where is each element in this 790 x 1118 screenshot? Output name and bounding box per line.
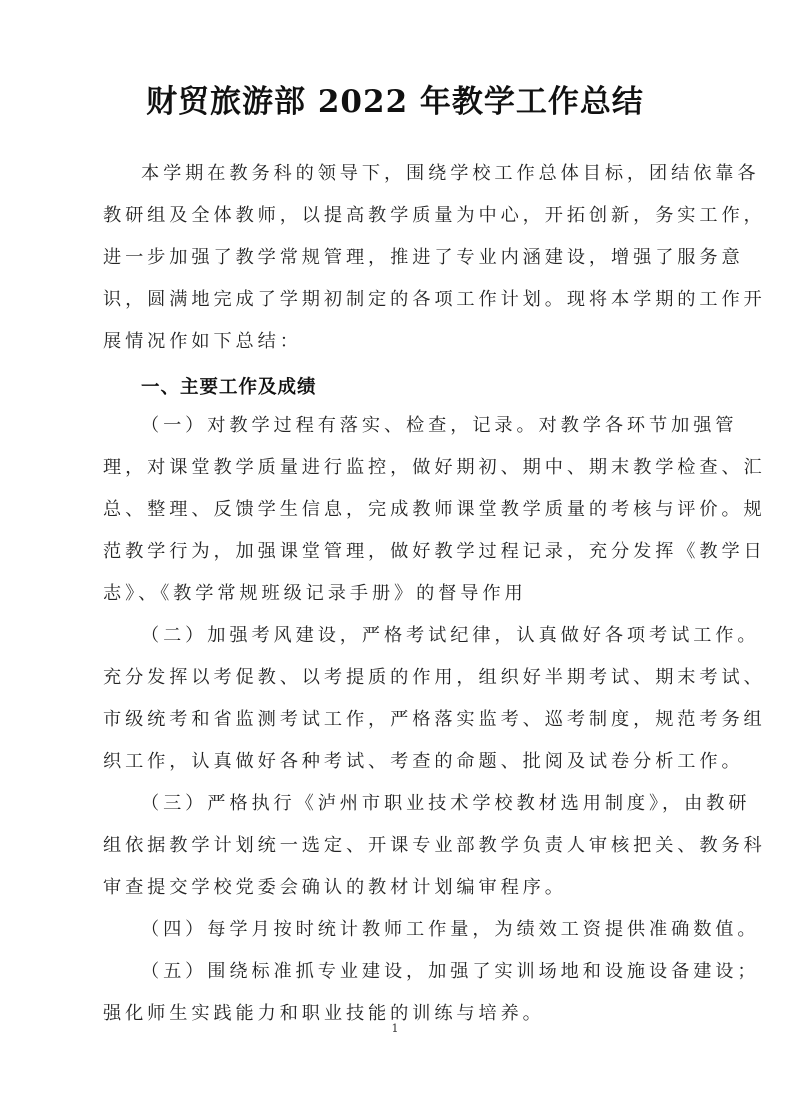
text-line: 充分发挥以考促教、以考提质的作用，组织好半期考试、期末考试、: [103, 667, 683, 689]
text-line: 总、整理、反馈学生信息，完成教师课堂教学质量的考核与评价。规: [103, 499, 683, 521]
text-line: 志》、《教学常规班级记录手册》的督导作用: [103, 583, 683, 605]
text-line: （四）每学月按时统计教师工作量，为绩效工资提供准确数值。: [141, 919, 721, 941]
text-line: （三）严格执行《泸州市职业技术学校教材选用制度》，由教研: [141, 793, 721, 815]
text-line: 进一步加强了教学常规管理，推进了专业内涵建设，增强了服务意: [103, 247, 683, 269]
text-line: 识，圆满地完成了学期初制定的各项工作计划。现将本学期的工作开: [103, 289, 683, 311]
text-line: 市级统考和省监测考试工作，严格落实监考、巡考制度，规范考务组: [103, 709, 683, 731]
text-line: （一）对教学过程有落实、检查，记录。对教学各环节加强管: [141, 415, 721, 437]
text-line: （五）围绕标准抓专业建设，加强了实训场地和设施设备建设；: [141, 961, 721, 983]
text-line: 理，对课堂教学质量进行监控，做好期初、期中、期末教学检查、汇: [103, 457, 683, 479]
section-heading: 一、主要工作及成绩: [141, 373, 317, 399]
text-line: 织工作，认真做好各种考试、考查的命题、批阅及试卷分析工作。: [103, 751, 683, 773]
page-number: 1: [0, 1022, 790, 1035]
text-line: 范教学行为，加强课堂管理，做好教学过程记录，充分发挥《教学日: [103, 541, 683, 563]
text-line: （二）加强考风建设，严格考试纪律，认真做好各项考试工作。: [141, 625, 721, 647]
document-page: 财贸旅游部 2022 年教学工作总结 本学期在教务科的领导下，围绕学校工作总体目…: [0, 0, 790, 1118]
text-line: 组依据教学计划统一选定、开课专业部教学负责人审核把关、教务科: [103, 835, 683, 857]
text-line: 教研组及全体教师，以提高教学质量为中心，开拓创新，务实工作，: [103, 205, 683, 227]
text-line: 审查提交学校党委会确认的教材计划编审程序。: [103, 877, 683, 899]
text-line: 本学期在教务科的领导下，围绕学校工作总体目标，团结依靠各: [141, 163, 721, 185]
text-line: 展情况作如下总结：: [103, 331, 683, 353]
document-title: 财贸旅游部 2022 年教学工作总结: [0, 76, 790, 121]
